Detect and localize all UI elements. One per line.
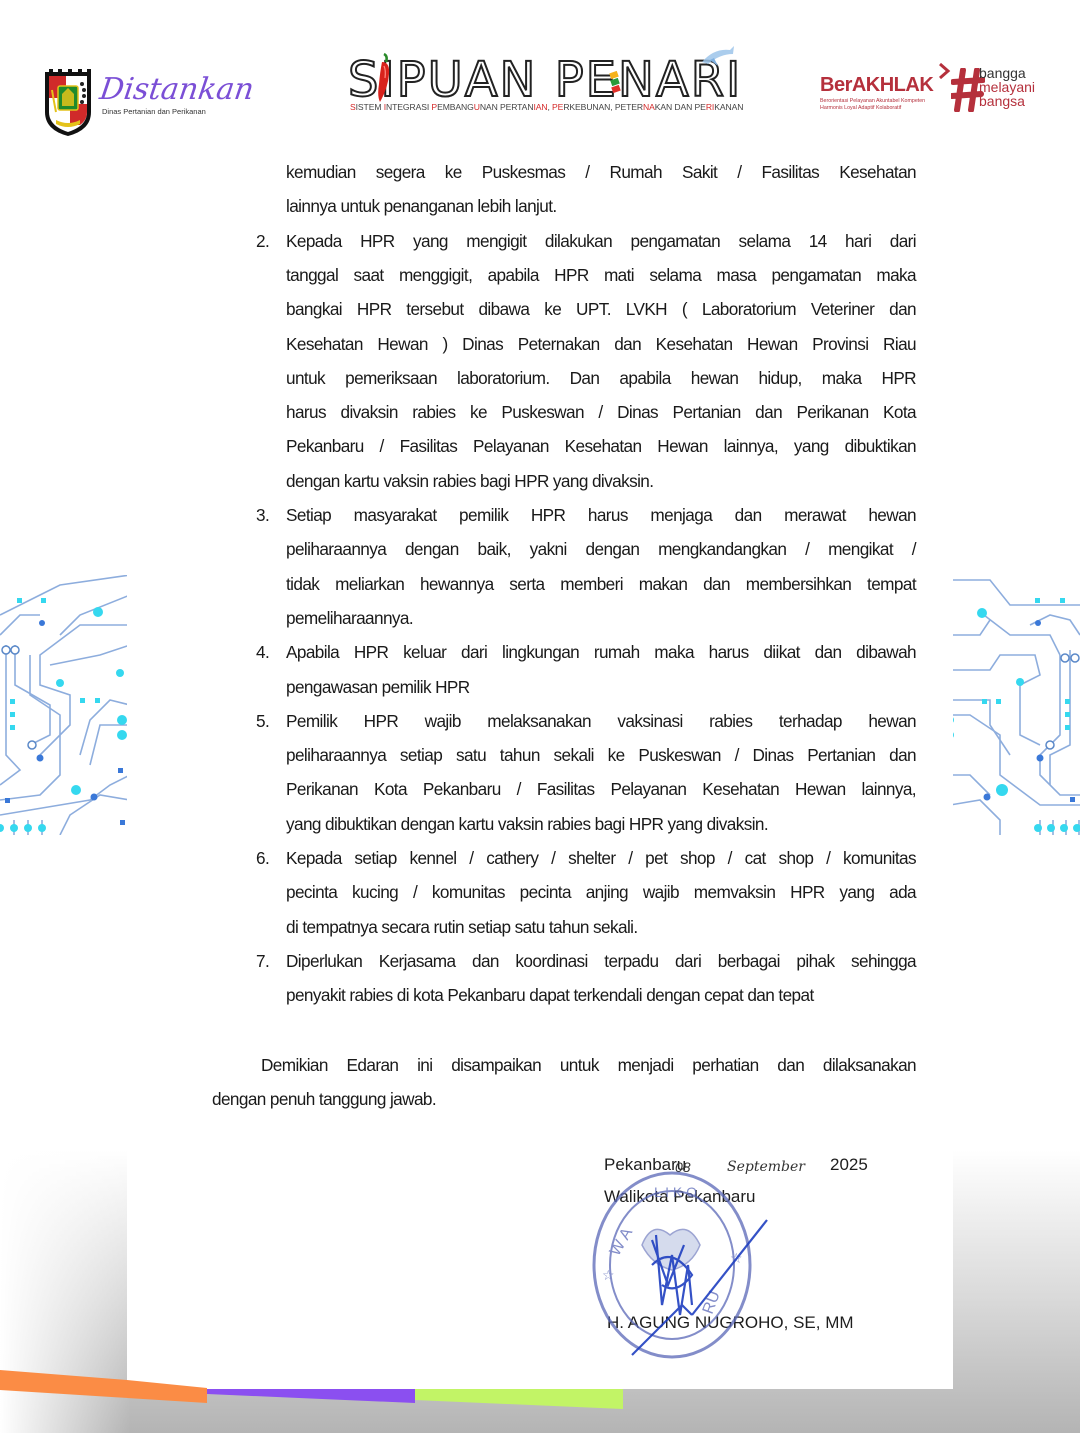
decorative-ribbons [0,1370,640,1410]
subtitle-fragment: RKEBUNAN, PETER [563,102,643,112]
berakhlak-subtitle-line-2: Harmonis Loyal Adaptif Kolaboratif [820,105,925,112]
list-item-line: Pekanbaru / Fasilitas Pelayanan Kesehata… [286,436,916,457]
list-item-line: bangkai HPR tersebut dibawa ke UPT. LVKH… [286,299,916,320]
distankan-subtitle: Dinas Pertanian dan Perikanan [102,107,206,116]
list-item-number: 7. [256,951,280,972]
list-item-line: Apabila HPR keluar dari lingkungan rumah… [286,642,916,663]
list-item-line: harus divaksin rabies ke Puskeswan / Din… [286,402,916,423]
header-banner: Distankan Dinas Pertanian dan Perikanan … [0,0,1080,145]
svg-text:W A: W A [607,1225,637,1259]
sipuan-title: SIPUAN PENARI [348,52,742,108]
subtitle-fragment: ISTEM [356,102,384,112]
fish-icon [700,44,736,68]
list-item-number: 4. [256,642,280,663]
list-item-line: Diperlukan Kerjasama dan koordinasi terp… [286,951,916,972]
list-item-line: Setiap masyarakat pemilik HPR harus menj… [286,505,916,526]
satay-icon [606,68,624,98]
tagline-melayani: melayani [979,80,1035,94]
subtitle-fragment: EMBANG [437,102,474,112]
pekanbaru-crest-icon [42,68,94,138]
circuit-decoration-right [950,575,1080,835]
list-item-line: penyakit rabies di kota Pekanbaru dapat … [286,985,916,1006]
subtitle-fragment: KAN DAN PE [655,102,706,112]
list-item-line: tidak meliarkan hewannya serta memberi m… [286,574,916,595]
closing-line: dengan penuh tanggung jawab. [212,1089,812,1110]
signature-year: 2025 [830,1155,868,1175]
list-item-number: 5. [256,711,280,732]
subtitle-fragment: PE [552,102,563,112]
bangga-melayani-bangsa-tagline: bangga melayani bangsa [979,66,1035,108]
berakhlak-logo: BerAKHLAK Berorientasi Pelayanan Akuntab… [815,62,1055,118]
walikota-stamp-signature: W A L I K O RU ☆ ☆ [592,1165,772,1365]
list-item-line: di tempatnya secara rutin setiap satu ta… [286,917,916,938]
list-item-line: pengawasan pemilik HPR [286,677,916,698]
chili-icon [374,52,394,104]
list-item-line: Kepada setiap kennel / cathery / shelter… [286,848,916,869]
letter-line: lainnya untuk penanganan lebih lanjut. [286,196,916,217]
list-item-line: peliharaannya setiap satu tahun sekali k… [286,745,916,766]
tagline-bangga: bangga [979,66,1035,80]
list-item-line: pecinta kucing / komunitas pecinta anjin… [286,882,916,903]
subtitle-fragment: NAN PERTAN [480,102,534,112]
berakhlak-subtitle-line-1: Berorientasi Pelayanan Akuntabel Kompete… [820,98,925,105]
list-item-line: tanggal saat menggigit, apabila HPR mati… [286,265,916,286]
distankan-script-title: Distankan [98,72,257,107]
list-item-line: Pemilik HPR wajib melaksanakan vaksinasi… [286,711,916,732]
sipuan-penari-logo: SIPUAN PENARI SISTEM INTEGRASI PEMBANGUN… [340,42,740,122]
list-item-line: peliharaannya dengan baik, yakni dengan … [286,539,916,560]
subtitle-fragment: NTEGRASI [386,102,431,112]
distankan-logo: Distankan Dinas Pertanian dan Perikanan [40,66,240,140]
list-item-number: 2. [256,231,280,252]
svg-text:☆: ☆ [602,1268,615,1284]
list-item-line: yang dibuktikan dengan kartu vaksin rabi… [286,814,916,835]
list-item-line: Perikanan Kota Pekanbaru / Fasilitas Pel… [286,779,916,800]
closing-line: Demikian Edaran ini disampaikan untuk me… [261,1055,916,1076]
berakhlak-title: BerAKHLAK [820,74,933,97]
list-item-line: Kepada HPR yang mengigit dilakukan penga… [286,231,916,252]
berakhlak-subtitle: Berorientasi Pelayanan Akuntabel Kompete… [820,98,925,112]
circuit-decoration-left [0,575,130,835]
list-item-line: dengan kartu vaksin rabies bagi HPR yang… [286,471,916,492]
list-item-line: pemeliharaannya. [286,608,916,629]
circular-letter-page: kemudian segera ke Puskesmas / Rumah Sak… [127,145,953,1389]
subtitle-fragment: NA [643,102,655,112]
list-item-line: untuk pemeriksaan laboratorium. Dan apab… [286,368,916,389]
list-item-line: Kesehatan Hewan ) Dinas Peternakan dan K… [286,334,916,355]
subtitle-fragment: KANAN [714,102,743,112]
subtitle-fragment: IAN [533,102,547,112]
list-item-number: 3. [256,505,280,526]
subtitle-fragment: RI [706,102,714,112]
chevron-right-icon [937,62,951,84]
sipuan-subtitle: SISTEM INTEGRASI PEMBANGUNAN PERTANIAN, … [350,102,743,112]
tagline-bangsa: bangsa [979,94,1035,108]
svg-text:L I K O: L I K O [654,1184,697,1200]
letter-line: kemudian segera ke Puskesmas / Rumah Sak… [286,162,916,183]
list-item-number: 6. [256,848,280,869]
